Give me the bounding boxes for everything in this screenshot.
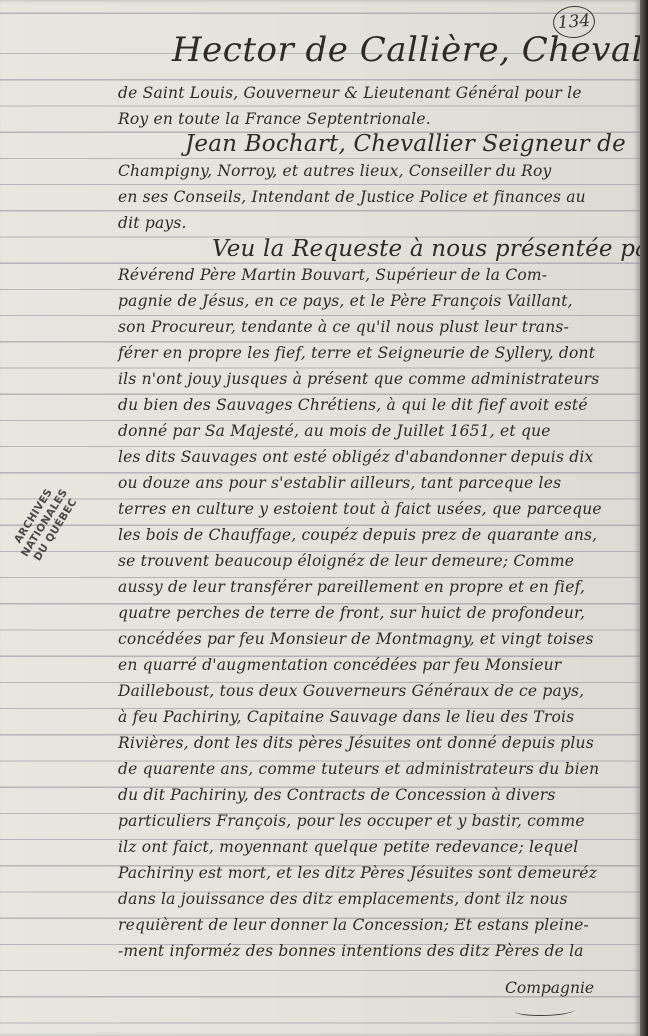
text-line: Veu la Requeste à nous présentée par le bbox=[212, 236, 648, 262]
text-line: en quarré d'augmentation concédées par f… bbox=[118, 656, 561, 674]
text-line: Roy en toute la France Septentrionale. bbox=[118, 110, 431, 128]
text-line: pagnie de Jésus, en ce pays, et le Père … bbox=[118, 292, 573, 310]
text-line: du bien des Sauvages Chrétiens, à qui le… bbox=[118, 396, 588, 414]
text-line: donné par Sa Majesté, au mois de Juillet… bbox=[118, 422, 551, 440]
archive-stamp: ARCHIVES NATIONALES DU QUÉBEC bbox=[0, 458, 96, 589]
heading-line: Hector de Callière, Chevallier de L'Ordr… bbox=[172, 30, 648, 70]
text-line: ilz ont faict, moyennant quelque petite … bbox=[118, 838, 578, 856]
text-line: de Saint Louis, Gouverneur & Lieutenant … bbox=[118, 84, 582, 102]
text-line: requièrent de leur donner la Concession;… bbox=[118, 916, 589, 934]
text-line: les dits Sauvages ont esté obligéz d'aba… bbox=[118, 448, 593, 466]
text-line: dans la jouissance des ditz emplacements… bbox=[118, 890, 568, 908]
text-line: se trouvent beaucoup éloignéz de leur de… bbox=[118, 552, 574, 570]
text-line: Révérend Père Martin Bouvart, Supérieur … bbox=[118, 266, 547, 284]
text-line: ils n'ont jouy jusques à présent que com… bbox=[118, 370, 599, 388]
text-line: quatre perches de terre de front, sur hu… bbox=[118, 604, 585, 622]
text-line: Dailleboust, tous deux Gouverneurs Génér… bbox=[118, 682, 584, 700]
text-line: aussy de leur transférer pareillement en… bbox=[118, 578, 585, 596]
text-line: dit pays. bbox=[118, 214, 187, 232]
text-line: les bois de Chauffage, coupéz depuis pre… bbox=[118, 526, 597, 544]
text-line: du dit Pachiriny, des Contracts de Conce… bbox=[118, 786, 555, 804]
text-line: particuliers François, pour les occuper … bbox=[118, 812, 585, 830]
text-line: -ment informéz des bonnes intentions des… bbox=[118, 942, 584, 960]
catchword: Compagnie bbox=[505, 979, 594, 997]
page-edge-shadow bbox=[640, 0, 648, 1036]
text-line: Champigny, Norroy, et autres lieux, Cons… bbox=[118, 162, 552, 180]
text-line: concédées par feu Monsieur de Montmagny,… bbox=[118, 630, 594, 648]
text-line: ou douze ans pour s'establir ailleurs, t… bbox=[118, 474, 561, 492]
text-line: Jean Bochart, Chevallier Seigneur de bbox=[185, 131, 626, 157]
text-line: Rivières, dont les dits pères Jésuites o… bbox=[118, 734, 594, 752]
text-line: de quarente ans, comme tuteurs et admini… bbox=[118, 760, 599, 778]
text-line: à feu Pachiriny, Capitaine Sauvage dans … bbox=[118, 708, 574, 726]
manuscript-page: 134 ARCHIVES NATIONALES DU QUÉBEC Hector… bbox=[0, 0, 640, 1036]
text-line: en ses Conseils, Intendant de Justice Po… bbox=[118, 188, 586, 206]
flourish-mark bbox=[515, 1005, 575, 1016]
text-line: férer en propre les fief, terre et Seign… bbox=[118, 344, 595, 362]
text-line: son Procureur, tendante à ce qu'il nous … bbox=[118, 318, 569, 336]
text-line: Pachiriny est mort, et les ditz Pères Jé… bbox=[118, 864, 597, 882]
text-line: terres en culture y estoient tout à faic… bbox=[118, 500, 602, 518]
